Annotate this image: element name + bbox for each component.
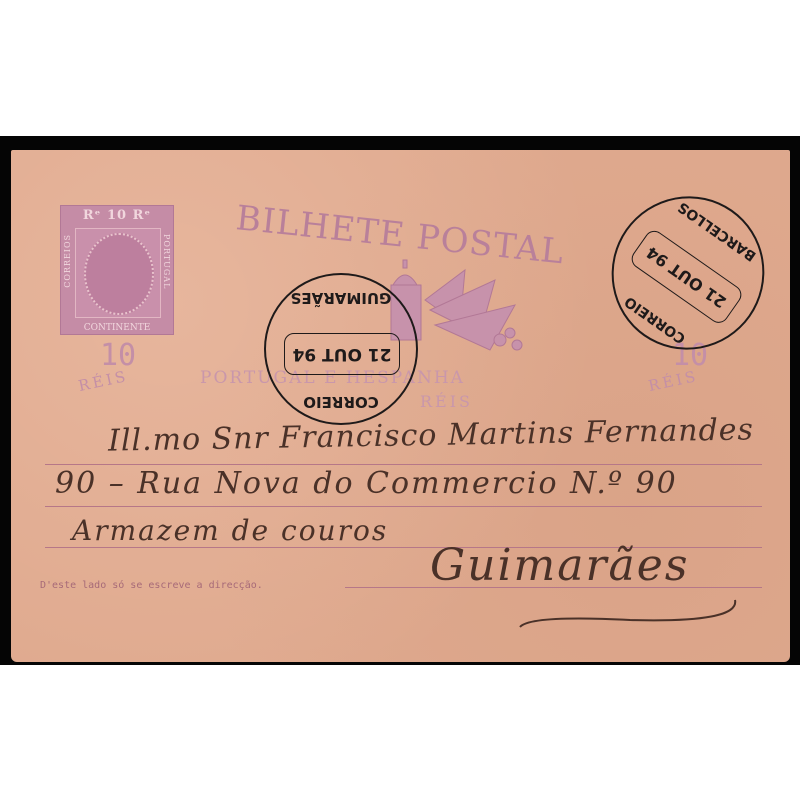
center-currency: RÉIS: [420, 392, 473, 411]
postmark-date: 21 OUT 94: [284, 333, 400, 375]
address-line-2: 90 – Rua Nova do Commercio N.º 90: [55, 466, 678, 501]
postmark-ring-top: GUIMARÃES: [266, 289, 416, 307]
address-line-3: Armazem de couros: [72, 514, 388, 547]
address-line-4: Guimarães: [430, 540, 689, 591]
stamp-side-left: CORREIOS: [63, 234, 72, 288]
stamp-portrait-frame: [75, 228, 161, 318]
instruction-text: D'este lado só se escreve a direcção.: [40, 580, 263, 591]
address-rule-1: [45, 464, 762, 465]
stamp-side-right: PORTUGAL: [162, 234, 171, 289]
postmark-ring-bottom: CORREIO: [266, 393, 416, 411]
king-portrait-icon: [84, 233, 154, 315]
stamp-bottom-label: CONTINENTE: [61, 323, 173, 333]
underline-flourish-icon: [510, 585, 770, 645]
postmark-guimaraes: GUIMARÃES 21 OUT 94 CORREIO: [264, 273, 418, 425]
stamp-value-label: Rᵉ 10 Rᵉ: [61, 208, 173, 223]
address-rule-2: [45, 506, 762, 507]
imprinted-stamp: Rᵉ 10 Rᵉ CORREIOS PORTUGAL CONTINENTE: [60, 205, 174, 335]
